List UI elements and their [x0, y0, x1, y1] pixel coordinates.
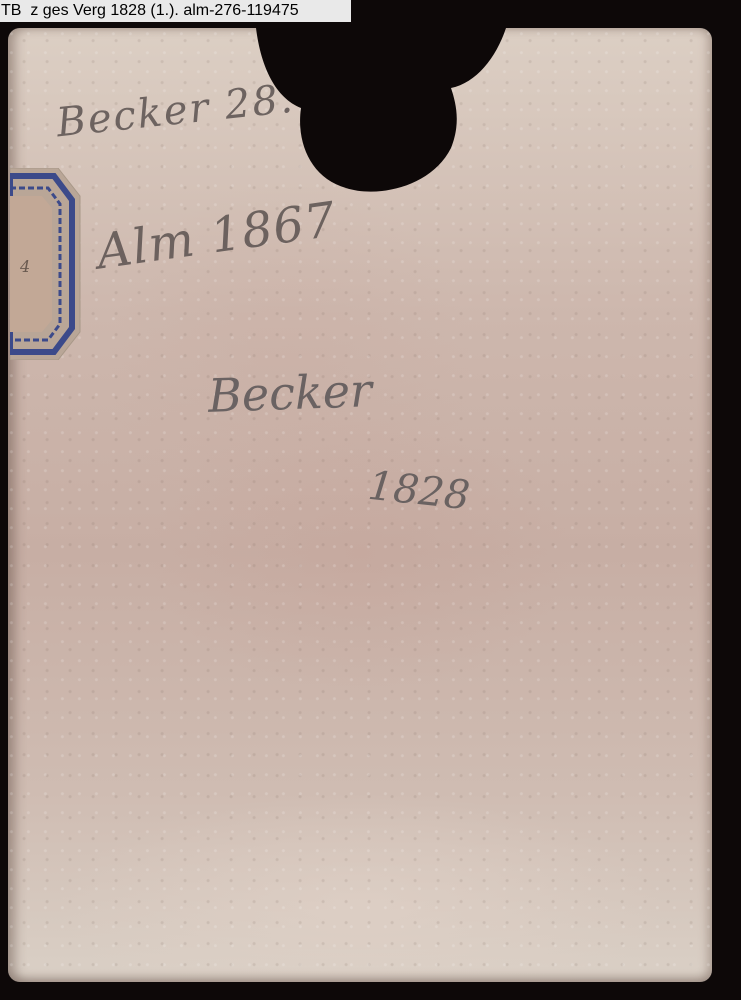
inscription-alm-1867: Alm 1867: [93, 192, 339, 281]
slipcase-cover: 4 Becker 28. Alm 1867 Becker 1828: [8, 28, 712, 982]
inscription-becker: Becker: [207, 363, 373, 423]
image-caption: TB z ges Verg 1828 (1.). alm-276-119475: [0, 0, 351, 22]
inscription-becker-28: Becker 28.: [54, 76, 296, 147]
inscription-1828: 1828: [366, 463, 472, 519]
library-label: 4: [10, 168, 86, 360]
svg-text:4: 4: [19, 257, 30, 276]
paper-texture: [8, 28, 712, 982]
